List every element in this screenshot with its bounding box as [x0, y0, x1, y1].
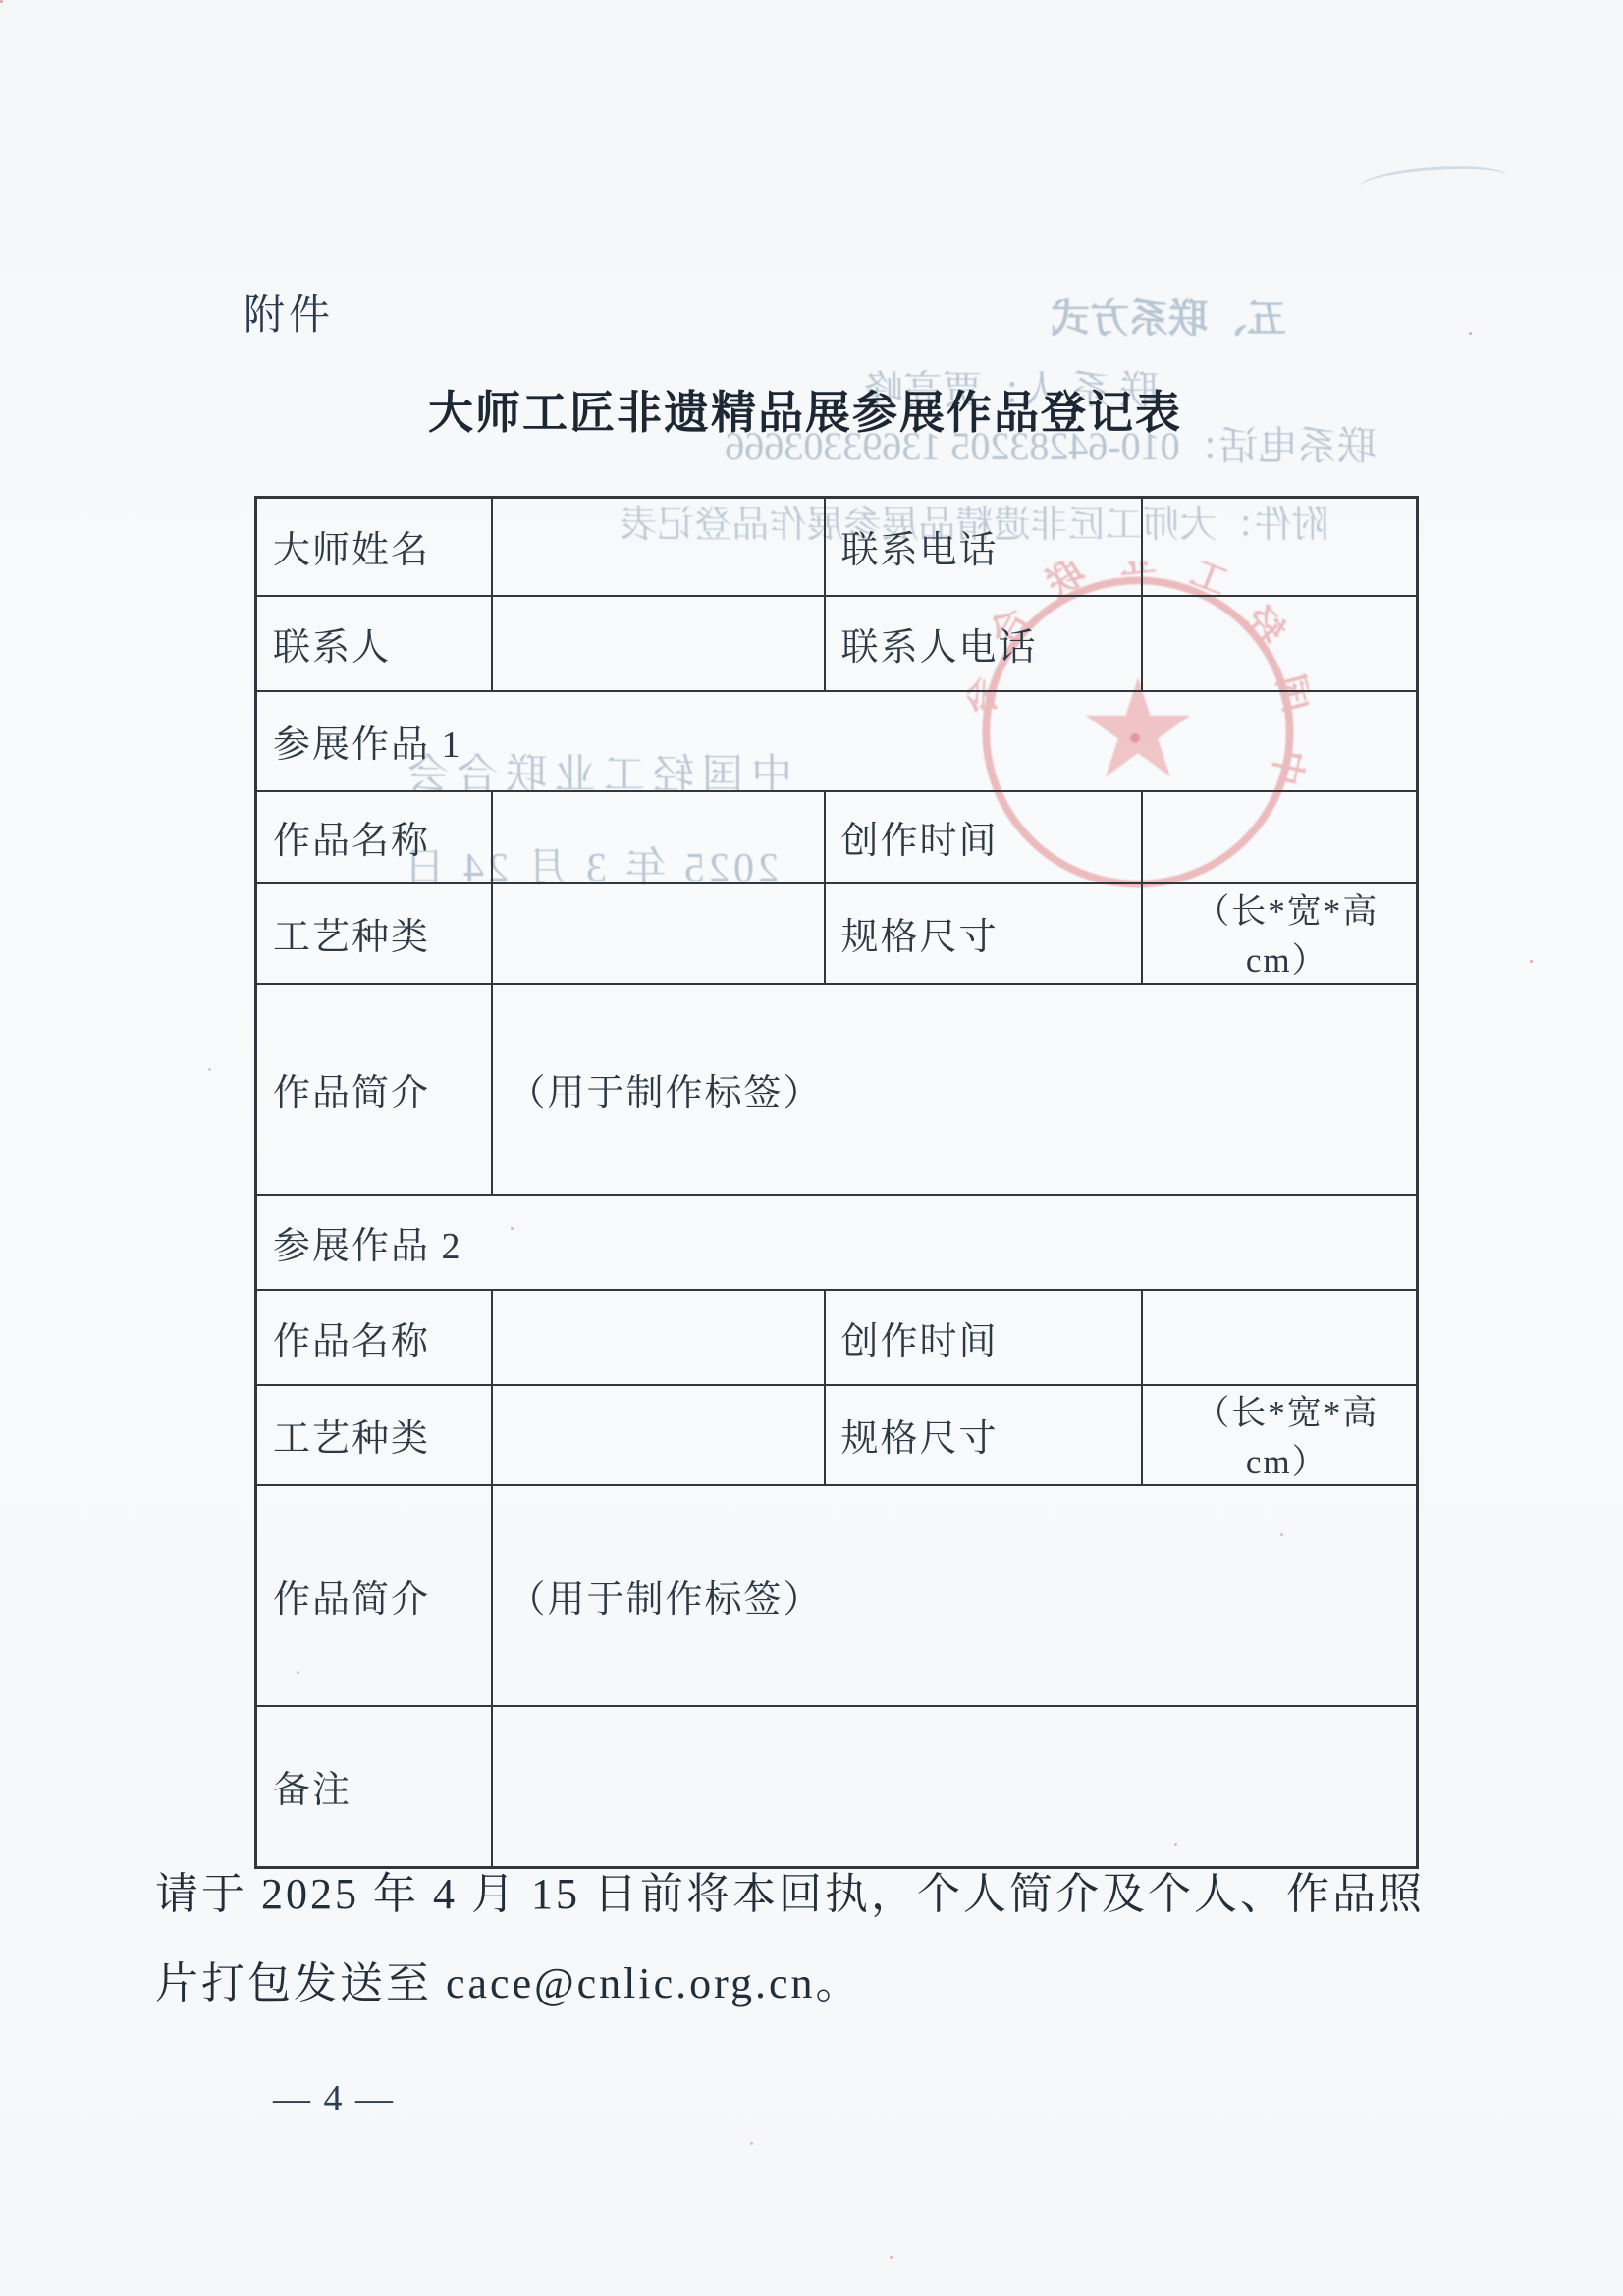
- label-work1-size: 规格尺寸: [825, 883, 1142, 984]
- label-work2-craft: 工艺种类: [256, 1385, 492, 1485]
- table-row: 工艺种类 规格尺寸 （长*宽*高 cm）: [256, 1385, 1418, 1485]
- field-work1-title: [492, 791, 825, 883]
- bleed-contact-heading: 五、联系方式: [1021, 288, 1316, 344]
- label-work1-intro: 作品简介: [256, 984, 492, 1195]
- scan-artifact-mark: [1359, 162, 1508, 200]
- footer-instruction-line1: 请于 2025 年 4 月 15 日前将本回执，个人简介及个人、作品照: [155, 1858, 1461, 1921]
- field-work2-intro: （用于制作标签）: [492, 1485, 1418, 1706]
- contact-email: cace@cnlic.org.cn: [446, 1959, 816, 2007]
- field-remarks: [492, 1706, 1418, 1868]
- label-contact-person: 联系人: [256, 596, 492, 691]
- page-number: — 4 —: [236, 2077, 432, 2120]
- label-master-name: 大师姓名: [256, 498, 492, 596]
- table-row: 联系人 联系人电话: [256, 596, 1418, 691]
- label-contact-phone: 联系人电话: [825, 596, 1142, 691]
- scan-speckles: [0, 0, 3, 3]
- label-work1-date: 创作时间: [825, 791, 1142, 883]
- section-row-work1: 参展作品 1: [256, 691, 1418, 791]
- scanned-document-page: 五、联系方式 联 系 人：贾高峰 联系电话：010-64283205 13693…: [0, 0, 1623, 2296]
- table-row: 大师姓名 联系电话: [256, 498, 1418, 596]
- table-row: 作品名称 创作时间: [256, 1290, 1418, 1385]
- field-master-name: [492, 498, 825, 596]
- table-row: 备注: [256, 1706, 1418, 1868]
- footer-line2-prefix: 片打包发送至: [155, 1959, 446, 2007]
- label-remarks: 备注: [256, 1706, 492, 1868]
- registration-form-table: 大师姓名 联系电话 联系人 联系人电话 参展作品 1 作品名称 创作时间: [254, 496, 1419, 1869]
- field-work1-intro: （用于制作标签）: [492, 984, 1418, 1195]
- label-work2-size: 规格尺寸: [825, 1385, 1142, 1485]
- section-row-work2: 参展作品 2: [256, 1195, 1418, 1290]
- field-contact-person: [492, 596, 825, 691]
- table-row: 工艺种类 规格尺寸 （长*宽*高 cm）: [256, 883, 1418, 984]
- label-work2-title: 作品名称: [256, 1290, 492, 1385]
- table-row: 作品名称 创作时间: [256, 791, 1418, 883]
- page-title: 大师工匠非遗精品展参展作品登记表: [0, 377, 1610, 442]
- field-work2-craft: [492, 1385, 825, 1485]
- label-work2-intro: 作品简介: [256, 1485, 492, 1706]
- label-work1-craft: 工艺种类: [256, 883, 492, 984]
- label-phone: 联系电话: [825, 498, 1142, 596]
- footer-instruction-line2: 片打包发送至 cace@cnlic.org.cn。: [155, 1948, 1461, 2010]
- section-label-work1: 参展作品 1: [256, 691, 1418, 791]
- hint-work2-size-unit: （长*宽*高 cm）: [1142, 1385, 1418, 1485]
- table-row: 作品简介 （用于制作标签）: [256, 984, 1418, 1195]
- field-phone: [1142, 498, 1418, 596]
- field-contact-phone: [1142, 596, 1418, 691]
- table-row: 作品简介 （用于制作标签）: [256, 1485, 1418, 1706]
- field-work1-date: [1142, 791, 1418, 883]
- section-label-work2: 参展作品 2: [256, 1195, 1418, 1290]
- hint-work1-size-unit: （长*宽*高 cm）: [1142, 883, 1418, 984]
- footer-line2-suffix: 。: [816, 1959, 862, 2007]
- attachment-label: 附件: [243, 283, 334, 342]
- field-work2-date: [1142, 1290, 1418, 1385]
- field-work1-craft: [492, 883, 825, 984]
- field-work2-title: [492, 1290, 825, 1385]
- label-work2-date: 创作时间: [825, 1290, 1142, 1385]
- label-work1-title: 作品名称: [256, 791, 492, 883]
